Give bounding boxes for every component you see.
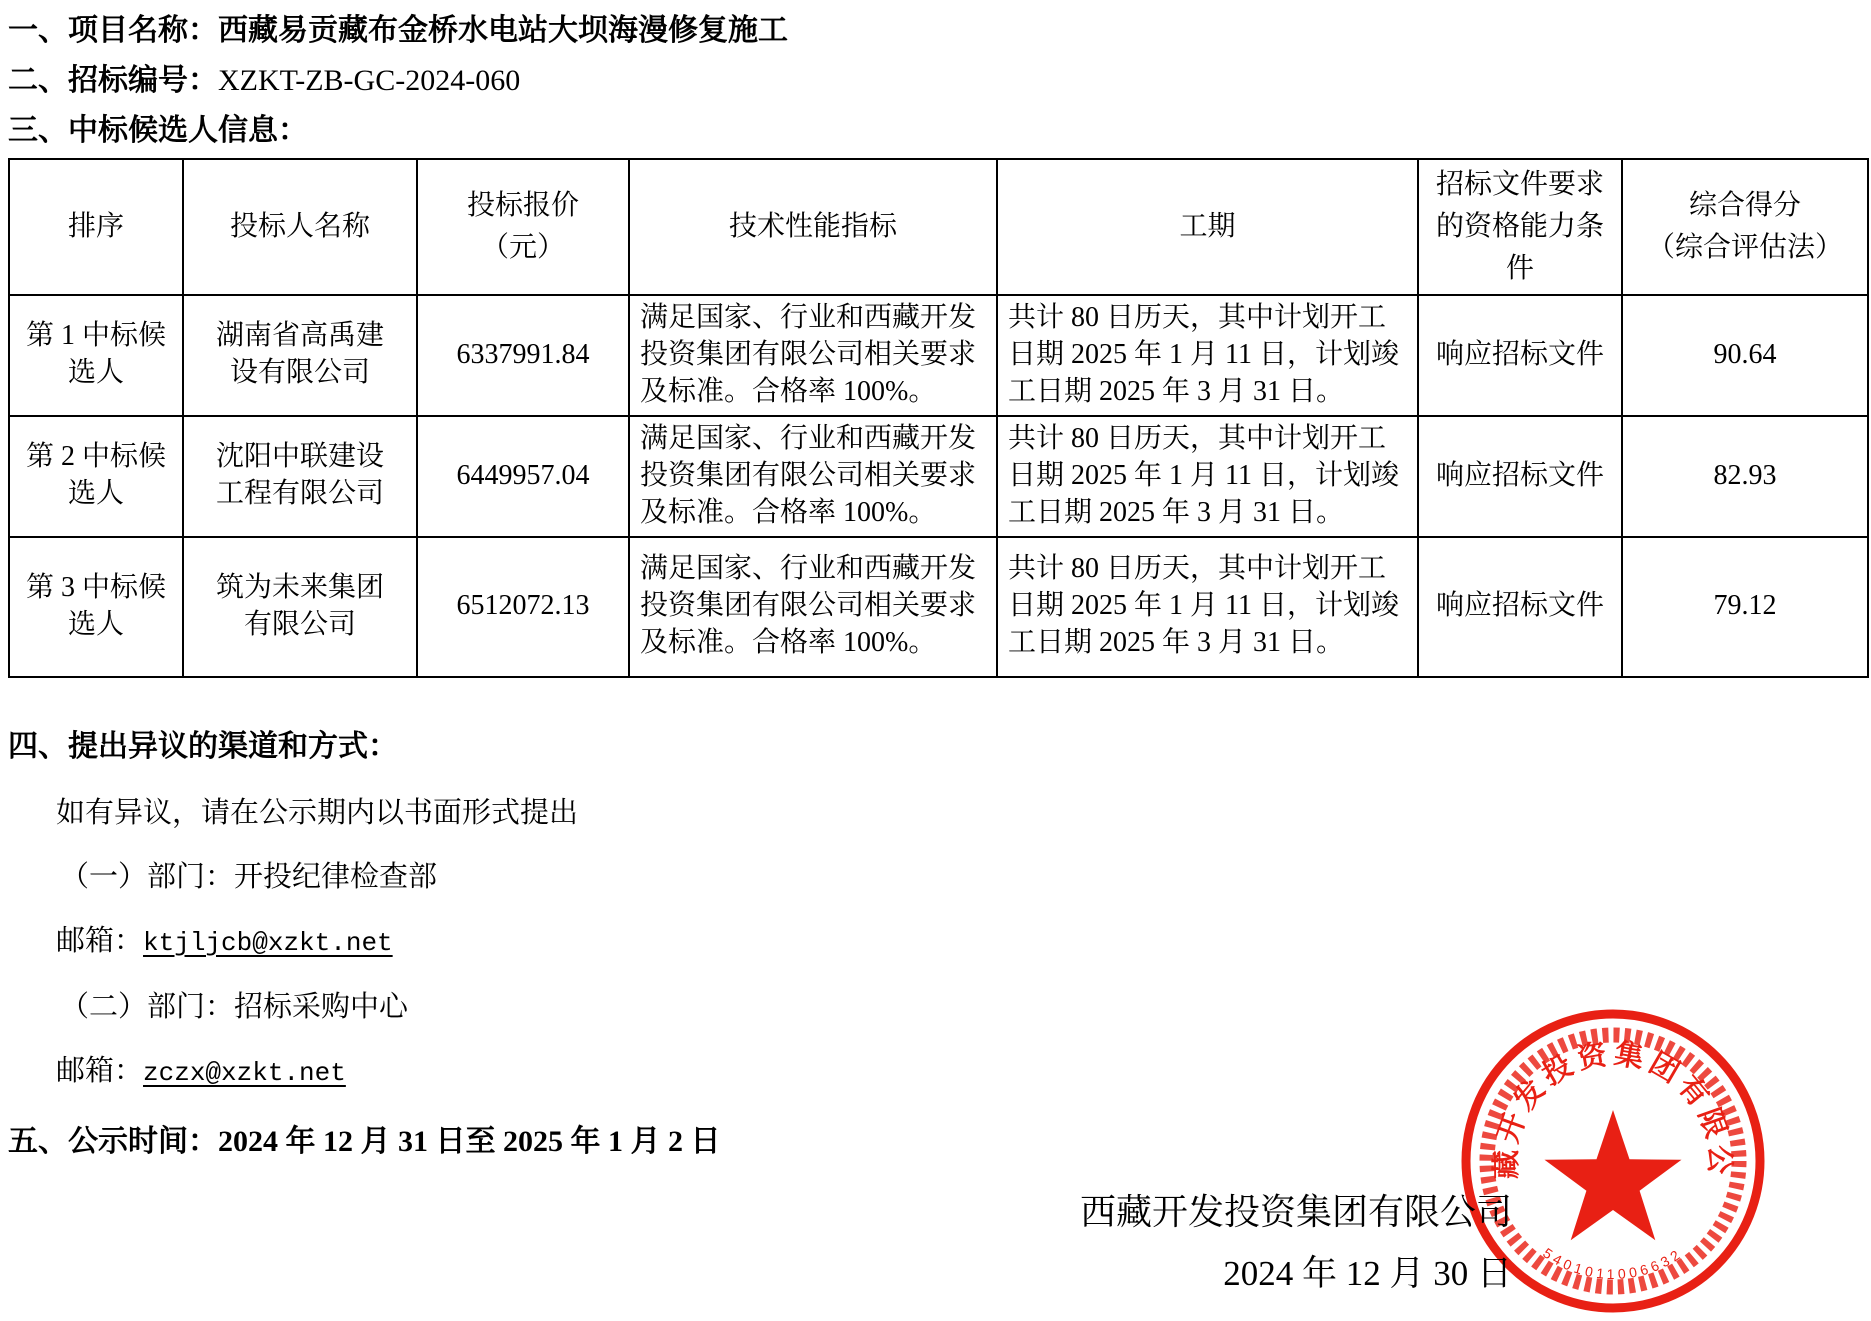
candidates-heading: 三、中标候选人信息：	[8, 114, 1863, 148]
cell-rank: 第 2 中标候选人	[9, 416, 183, 537]
bid-number-line: 二、招标编号：XZKT-ZB-GC-2024-060	[8, 64, 1863, 98]
cell-bidder: 湖南省高禹建设有限公司	[183, 295, 417, 416]
cell-score: 79.12	[1622, 537, 1868, 677]
header-tech: 技术性能指标	[629, 159, 997, 295]
cell-score: 90.64	[1622, 295, 1868, 416]
email2-link[interactable]: zczx@xzkt.net	[143, 1058, 346, 1088]
objection-intro: 如有异议，请在公示期内以书面形式提出	[56, 796, 1863, 830]
objection-email2-line: 邮箱：zczx@xzkt.net	[56, 1054, 1863, 1090]
objection-dept2: （二）部门：招标采购中心	[60, 990, 1863, 1024]
announcement-document: 一、项目名称：西藏易贡藏布金桥水电站大坝海漫修复施工 二、招标编号：XZKT-Z…	[0, 0, 1871, 1160]
publicity-line: 五、公示时间：2024 年 12 月 31 日至 2025 年 1 月 2 日	[8, 1124, 1863, 1160]
dept1-value: 开投纪律检查部	[234, 861, 437, 893]
cell-tech: 满足国家、行业和西藏开发投资集团有限公司相关要求及标准。合格率 100%。	[629, 537, 997, 677]
table-header-row: 排序 投标人名称 投标报价 （元） 技术性能指标 工期 招标文件要求的资格能力条…	[9, 159, 1868, 295]
header-price: 投标报价 （元）	[417, 159, 629, 295]
cell-duration: 共计 80 日历天，其中计划开工日期 2025 年 1 月 11 日，计划竣工日…	[997, 537, 1418, 677]
cell-rank: 第 1 中标候选人	[9, 295, 183, 416]
table-row: 第 3 中标候选人 筑为未来集团有限公司 6512072.13 满足国家、行业和…	[9, 537, 1868, 677]
candidates-table: 排序 投标人名称 投标报价 （元） 技术性能指标 工期 招标文件要求的资格能力条…	[8, 158, 1869, 678]
cell-price: 6449957.04	[417, 416, 629, 537]
cell-tech: 满足国家、行业和西藏开发投资集团有限公司相关要求及标准。合格率 100%。	[629, 295, 997, 416]
signature-company: 西藏开发投资集团有限公司	[1080, 1192, 1512, 1232]
bid-number-label: 二、招标编号：	[8, 64, 218, 97]
objection-heading: 四、提出异议的渠道和方式：	[8, 730, 1863, 764]
objection-dept1: （一）部门：开投纪律检查部	[60, 860, 1863, 894]
bid-number-value: XZKT-ZB-GC-2024-060	[218, 64, 520, 97]
dept2-value: 招标采购中心	[234, 991, 408, 1023]
header-score: 综合得分 （综合评估法）	[1622, 159, 1868, 295]
cell-rank: 第 3 中标候选人	[9, 537, 183, 677]
project-name-line: 一、项目名称：西藏易贡藏布金桥水电站大坝海漫修复施工	[8, 14, 1863, 48]
email1-label: 邮箱：	[56, 925, 143, 957]
cell-bidder: 沈阳中联建设工程有限公司	[183, 416, 417, 537]
header-rank: 排序	[9, 159, 183, 295]
project-name-value: 西藏易贡藏布金桥水电站大坝海漫修复施工	[218, 14, 788, 47]
cell-bidder: 筑为未来集团有限公司	[183, 537, 417, 677]
publicity-value: 2024 年 12 月 31 日至 2025 年 1 月 2 日	[218, 1125, 721, 1158]
cell-tech: 满足国家、行业和西藏开发投资集团有限公司相关要求及标准。合格率 100%。	[629, 416, 997, 537]
cell-qualification: 响应招标文件	[1418, 416, 1622, 537]
email2-label: 邮箱：	[56, 1055, 143, 1087]
project-name-label: 一、项目名称：	[8, 14, 218, 47]
email1-link[interactable]: ktjljcb@xzkt.net	[143, 928, 393, 958]
table-row: 第 1 中标候选人 湖南省高禹建设有限公司 6337991.84 满足国家、行业…	[9, 295, 1868, 416]
cell-price: 6337991.84	[417, 295, 629, 416]
publicity-label: 五、公示时间：	[8, 1125, 218, 1158]
cell-score: 82.93	[1622, 416, 1868, 537]
cell-duration: 共计 80 日历天，其中计划开工日期 2025 年 1 月 11 日，计划竣工日…	[997, 416, 1418, 537]
header-bidder: 投标人名称	[183, 159, 417, 295]
cell-duration: 共计 80 日历天，其中计划开工日期 2025 年 1 月 11 日，计划竣工日…	[997, 295, 1418, 416]
cell-qualification: 响应招标文件	[1418, 295, 1622, 416]
header-qualification: 招标文件要求的资格能力条件	[1418, 159, 1622, 295]
cell-price: 6512072.13	[417, 537, 629, 677]
dept2-label: （二）部门：	[60, 991, 234, 1023]
header-duration: 工期	[997, 159, 1418, 295]
cell-qualification: 响应招标文件	[1418, 537, 1622, 677]
table-row: 第 2 中标候选人 沈阳中联建设工程有限公司 6449957.04 满足国家、行…	[9, 416, 1868, 537]
signature-date: 2024 年 12 月 30 日	[1080, 1254, 1512, 1294]
dept1-label: （一）部门：	[60, 861, 234, 893]
objection-email1-line: 邮箱：ktjljcb@xzkt.net	[56, 924, 1863, 960]
signature-block: 西藏开发投资集团有限公司 2024 年 12 月 30 日	[1080, 1192, 1512, 1294]
